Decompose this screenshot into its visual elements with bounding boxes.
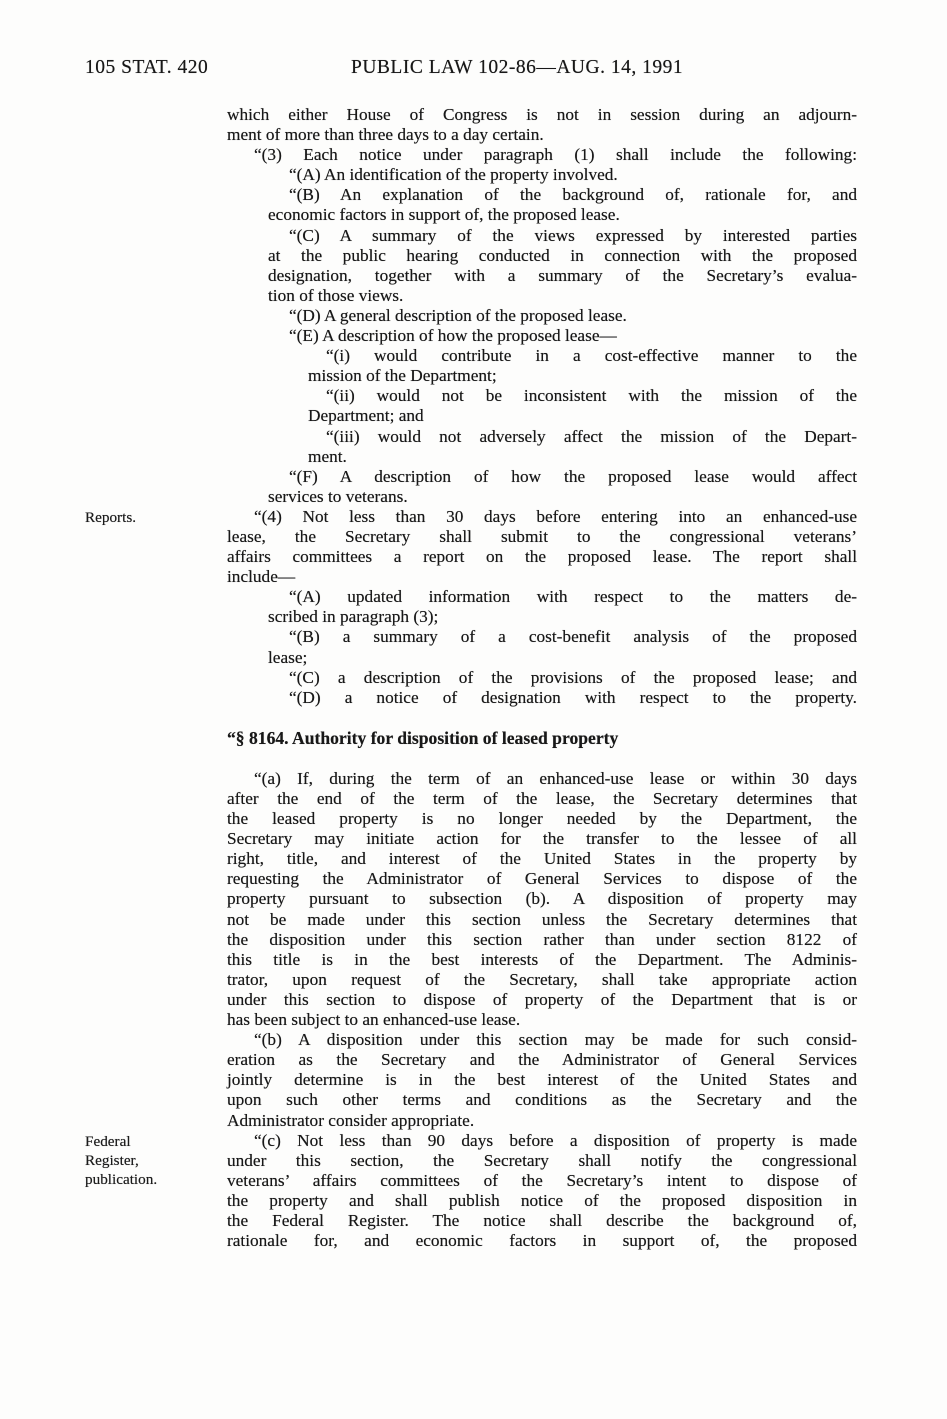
line-text: the Federal Register. The notice shall d… [227, 1211, 857, 1230]
body-line: rationale for, and economic factors in s… [227, 1231, 857, 1251]
body-line: Administrator consider appropriate. [227, 1111, 857, 1131]
line-text: property pursuant to subsection (b). A d… [227, 889, 857, 908]
section-heading: “§ 8164. Authority for disposition of le… [227, 728, 857, 748]
body-line: upon such other terms and conditions as … [227, 1090, 857, 1110]
line-text: “(C) a description of the provisions of … [289, 668, 857, 687]
body-line: not be made under this section unless th… [227, 910, 857, 930]
body-line: under this section to dispose of propert… [227, 990, 857, 1010]
line-text: “(F) A description of how the proposed l… [289, 467, 857, 486]
line-text: “(D) a notice of designation with respec… [289, 688, 857, 707]
body-line: right, title, and interest of the United… [227, 849, 857, 869]
line-text: has been subject to an enhanced-use leas… [227, 1010, 520, 1029]
page: 105 STAT. 420 PUBLIC LAW 102-86—AUG. 14,… [0, 0, 947, 1419]
line-text: ment of more than three days to a day ce… [227, 125, 544, 144]
body-line: “(E) A description of how the proposed l… [227, 326, 857, 346]
line-text: the leased property is no longer needed … [227, 809, 857, 828]
line-text: “(a) If, during the term of an enhanced-… [254, 769, 857, 788]
body-line: services to veterans. [227, 487, 857, 507]
body-line: at the public hearing conducted in conne… [227, 246, 857, 266]
body-line: “(i) would contribute in a cost-effectiv… [227, 346, 857, 366]
body-line: this title is in the best interests of t… [227, 950, 857, 970]
line-text: the disposition under this section rathe… [227, 930, 857, 949]
line-text: scribed in paragraph (3); [268, 607, 438, 626]
line-text: “(D) A general description of the propos… [289, 306, 627, 325]
body-line: “(3) Each notice under paragraph (1) sha… [227, 145, 857, 165]
line-text: mission of the Department; [308, 366, 497, 385]
line-text: designation, together with a summary of … [268, 266, 857, 285]
line-text: the property and shall publish notice of… [227, 1191, 857, 1210]
line-text: after the end of the term of the lease, … [227, 789, 857, 808]
line-text: Secretary may initiate action for the tr… [227, 829, 857, 848]
body-line: “(D) A general description of the propos… [227, 306, 857, 326]
body-line: eration as the Secretary and the Adminis… [227, 1050, 857, 1070]
line-text: tion of those views. [268, 286, 403, 305]
line-text: “§ 8164. Authority for disposition of le… [227, 728, 618, 748]
line-text: “(ii) would not be inconsistent with the… [326, 386, 857, 405]
margin-note: Federal Register, publication. [85, 1132, 181, 1189]
body-line: lease; [227, 648, 857, 668]
body-line: “(B) An explanation of the background of… [227, 185, 857, 205]
body-line: scribed in paragraph (3); [227, 607, 857, 627]
line-text: “(i) would contribute in a cost-effectiv… [326, 346, 857, 365]
body-line: veterans’ affairs committees of the Secr… [227, 1171, 857, 1191]
line-text: “(c) Not less than 90 days before a disp… [254, 1131, 857, 1150]
line-text: requesting the Administrator of General … [227, 869, 857, 888]
line-text: “(4) Not less than 30 days before enteri… [254, 507, 857, 526]
line-text: veterans’ affairs committees of the Secr… [227, 1171, 857, 1190]
line-text: at the public hearing conducted in conne… [268, 246, 857, 265]
body-line: the leased property is no longer needed … [227, 809, 857, 829]
line-text: affairs committees a report on the propo… [227, 547, 857, 566]
body-line: “(c) Not less than 90 days before a disp… [227, 1131, 857, 1151]
line-text: include— [227, 567, 295, 586]
line-text: ment. [308, 447, 347, 466]
line-text: under this section, the Secretary shall … [227, 1151, 857, 1170]
body-line: “(C) A summary of the views expressed by… [227, 226, 857, 246]
line-text: “(C) A summary of the views expressed by… [289, 226, 857, 245]
line-text: upon such other terms and conditions as … [227, 1090, 857, 1109]
body-line: “(F) A description of how the proposed l… [227, 467, 857, 487]
body-line: mission of the Department; [227, 366, 857, 386]
line-text: “(B) a summary of a cost-benefit analysi… [289, 627, 857, 646]
body-line: include— [227, 567, 857, 587]
body-line: has been subject to an enhanced-use leas… [227, 1010, 857, 1030]
line-text: Department; and [308, 406, 424, 425]
page-header: 105 STAT. 420 PUBLIC LAW 102-86—AUG. 14,… [0, 57, 947, 83]
line-text: which either House of Congress is not in… [227, 105, 857, 124]
margin-note: Reports. [85, 508, 181, 527]
body-line: “(a) If, during the term of an enhanced-… [227, 769, 857, 789]
body-line: trator, upon request of the Secretary, s… [227, 970, 857, 990]
body-line: ment. [227, 447, 857, 467]
body-line: affairs committees a report on the propo… [227, 547, 857, 567]
line-text: economic factors in support of, the prop… [268, 205, 620, 224]
body-line: “(A) An identification of the property i… [227, 165, 857, 185]
body-line: property pursuant to subsection (b). A d… [227, 889, 857, 909]
body-line: under this section, the Secretary shall … [227, 1151, 857, 1171]
line-text: under this section to dispose of propert… [227, 990, 857, 1009]
body-line: “(D) a notice of designation with respec… [227, 688, 857, 708]
stat-citation: 105 STAT. 420 [85, 57, 208, 79]
body-line: “(B) a summary of a cost-benefit analysi… [227, 627, 857, 647]
body-line: lease, the Secretary shall submit to the… [227, 527, 857, 547]
body-line: designation, together with a summary of … [227, 266, 857, 286]
body-line: “(iii) would not adversely affect the mi… [227, 427, 857, 447]
line-text: “(A) updated information with respect to… [289, 587, 857, 606]
body-text: which either House of Congress is not in… [227, 105, 857, 1251]
body-line: economic factors in support of, the prop… [227, 205, 857, 225]
body-line: the property and shall publish notice of… [227, 1191, 857, 1211]
body-line: requesting the Administrator of General … [227, 869, 857, 889]
line-text: lease, the Secretary shall submit to the… [227, 527, 857, 546]
law-citation: PUBLIC LAW 102-86—AUG. 14, 1991 [351, 57, 683, 79]
line-text: lease; [268, 648, 307, 667]
line-text: eration as the Secretary and the Adminis… [227, 1050, 857, 1069]
line-text: jointly determine is in the best interes… [227, 1070, 857, 1089]
body-line: jointly determine is in the best interes… [227, 1070, 857, 1090]
body-line: “(4) Not less than 30 days before enteri… [227, 507, 857, 527]
line-text: this title is in the best interests of t… [227, 950, 857, 969]
line-text: “(B) An explanation of the background of… [289, 185, 857, 204]
line-text: trator, upon request of the Secretary, s… [227, 970, 857, 989]
body-line: tion of those views. [227, 286, 857, 306]
line-text: “(b) A disposition under this section ma… [254, 1030, 857, 1049]
body-line: the Federal Register. The notice shall d… [227, 1211, 857, 1231]
body-line: which either House of Congress is not in… [227, 105, 857, 125]
body-line: “(ii) would not be inconsistent with the… [227, 386, 857, 406]
body-line: “(A) updated information with respect to… [227, 587, 857, 607]
body-line: after the end of the term of the lease, … [227, 789, 857, 809]
line-text: Administrator consider appropriate. [227, 1111, 474, 1130]
body-line: ment of more than three days to a day ce… [227, 125, 857, 145]
line-text: “(A) An identification of the property i… [289, 165, 618, 184]
body-line: Secretary may initiate action for the tr… [227, 829, 857, 849]
body-line: Department; and [227, 406, 857, 426]
line-text: “(iii) would not adversely affect the mi… [326, 427, 857, 446]
body-line: “(b) A disposition under this section ma… [227, 1030, 857, 1050]
body-line: “(C) a description of the provisions of … [227, 668, 857, 688]
line-text: not be made under this section unless th… [227, 910, 857, 929]
line-text: right, title, and interest of the United… [227, 849, 857, 868]
line-text: rationale for, and economic factors in s… [227, 1231, 857, 1250]
line-text: “(E) A description of how the proposed l… [289, 326, 617, 345]
body-line: the disposition under this section rathe… [227, 930, 857, 950]
line-text: “(3) Each notice under paragraph (1) sha… [254, 145, 857, 164]
line-text: services to veterans. [268, 487, 408, 506]
